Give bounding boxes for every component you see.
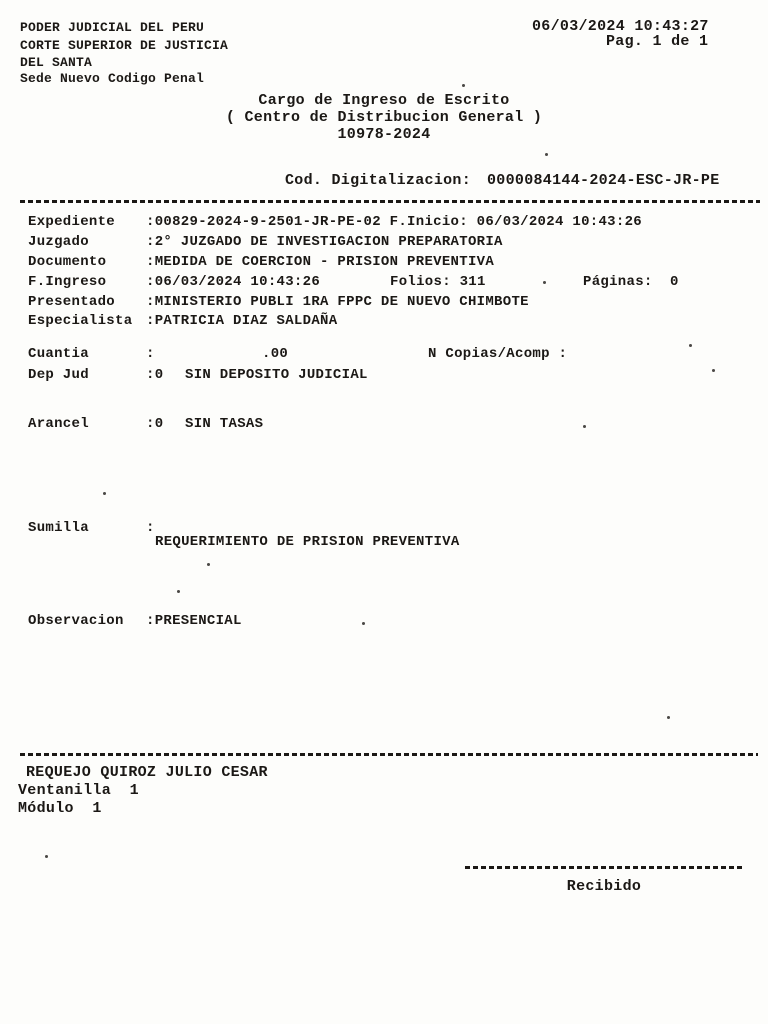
- field-colon-cuantia: :: [146, 346, 155, 362]
- field-folios: Folios: 311: [390, 274, 486, 290]
- field-value-expediente: :00829-2024-9-2501-JR-PE-02 F.Inicio: 06…: [146, 214, 642, 230]
- field-code-dep-jud: :0: [146, 367, 163, 383]
- field-value-dep-jud: SIN DEPOSITO JUDICIAL: [185, 367, 368, 383]
- scanned-document-page: PODER JUDICIAL DEL PERU CORTE SUPERIOR D…: [0, 0, 768, 1024]
- field-code-arancel: :0: [146, 416, 163, 432]
- field-label-especialista: Especialista: [28, 313, 132, 329]
- field-colon-sumilla: :: [146, 520, 155, 536]
- dashed-separator-top: [20, 200, 760, 203]
- recibido-signature-line: [465, 866, 743, 869]
- modulo-line: Módulo 1: [18, 800, 102, 817]
- field-label-documento: Documento: [28, 254, 106, 270]
- field-label-expediente: Expediente: [28, 214, 115, 230]
- digitalization-label: Cod. Digitalizacion:: [285, 172, 471, 189]
- field-label-arancel: Arancel: [28, 416, 89, 432]
- scan-artifact-dot: [545, 153, 548, 156]
- field-value-f-ingreso: :06/03/2024 10:43:26: [146, 274, 320, 290]
- field-value-juzgado: :2° JUZGADO DE INVESTIGACION PREPARATORI…: [146, 234, 503, 250]
- scan-artifact-dot: [45, 855, 48, 858]
- scan-artifact-dot: [712, 369, 715, 372]
- field-value-documento: :MEDIDA DE COERCION - PRISION PREVENTIVA: [146, 254, 494, 270]
- scan-artifact-dot: [583, 425, 586, 428]
- org-site-line: Sede Nuevo Codigo Penal: [20, 72, 204, 87]
- field-value-arancel: SIN TASAS: [185, 416, 263, 432]
- clerk-name: REQUEJO QUIROZ JULIO CESAR: [26, 764, 268, 781]
- scan-artifact-dot: [543, 281, 546, 284]
- field-value-observacion: :PRESENCIAL: [146, 613, 242, 629]
- field-label-observacion: Observacion: [28, 613, 124, 629]
- document-number: 10978-2024: [0, 126, 768, 143]
- scan-artifact-dot: [177, 590, 180, 593]
- scan-artifact-dot: [689, 344, 692, 347]
- org-name-line2: CORTE SUPERIOR DE JUSTICIA: [20, 39, 228, 54]
- field-label-n-copias: N Copias/Acomp :: [428, 346, 567, 362]
- org-name-line1: PODER JUDICIAL DEL PERU: [20, 21, 204, 36]
- field-label-cuantia: Cuantia: [28, 346, 89, 362]
- ventanilla-line: Ventanilla 1: [18, 782, 139, 799]
- field-value-cuantia: .00: [262, 346, 288, 362]
- scan-artifact-dot: [103, 492, 106, 495]
- field-label-f-ingreso: F.Ingreso: [28, 274, 106, 290]
- field-label-juzgado: Juzgado: [28, 234, 89, 250]
- field-value-especialista: :PATRICIA DIAZ SALDAÑA: [146, 313, 337, 329]
- scan-artifact-dot: [362, 622, 365, 625]
- recibido-label: Recibido: [465, 878, 743, 895]
- scan-artifact-dot: [207, 563, 210, 566]
- page-indicator: Pag. 1 de 1: [606, 33, 708, 50]
- digitalization-code: 0000084144-2024-ESC-JR-PE: [487, 172, 720, 189]
- dashed-separator-bottom: [20, 753, 758, 756]
- document-title: Cargo de Ingreso de Escrito: [0, 92, 768, 109]
- field-value-presentado: :MINISTERIO PUBLI 1RA FPPC DE NUEVO CHIM…: [146, 294, 529, 310]
- field-label-sumilla: Sumilla: [28, 520, 89, 536]
- scan-artifact-dot: [462, 84, 465, 87]
- org-name-line3: DEL SANTA: [20, 56, 92, 71]
- document-subtitle: ( Centro de Distribucion General ): [0, 109, 768, 126]
- field-paginas: Páginas: 0: [583, 274, 679, 290]
- field-label-presentado: Presentado: [28, 294, 115, 310]
- field-label-dep-jud: Dep Jud: [28, 367, 89, 383]
- scan-artifact-dot: [667, 716, 670, 719]
- field-value-sumilla: REQUERIMIENTO DE PRISION PREVENTIVA: [155, 534, 460, 550]
